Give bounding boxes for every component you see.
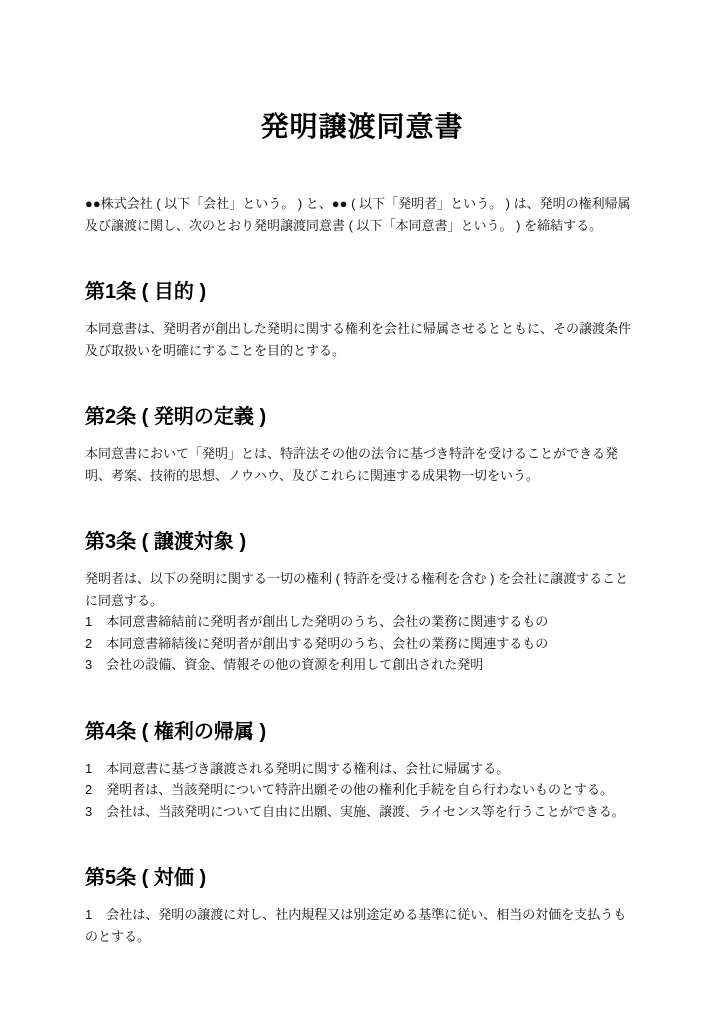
- article-5-heading: 第5条 ( 対価 ): [85, 866, 639, 890]
- article-1-heading: 第1条 ( 目的 ): [85, 280, 639, 304]
- article-4-heading: 第4条 ( 権利の帰属 ): [85, 720, 639, 744]
- item-number: 1: [85, 614, 92, 629]
- intro-paragraph: ●●株式会社 ( 以下「会社」という。 ) と、●● ( 以下「発明者」という。…: [85, 193, 639, 236]
- item-number: 3: [85, 804, 92, 819]
- item-text: 本同意書に基づき譲渡される発明に関する権利は、会社に帰属する。: [106, 761, 509, 776]
- document-page: 発明譲渡同意書 ●●株式会社 ( 以下「会社」という。 ) と、●● ( 以下「…: [0, 0, 724, 1024]
- article-3-heading: 第3条 ( 譲渡対象 ): [85, 530, 639, 554]
- item-text: 発明者は、当該発明について特許出願その他の権利化手続を自ら行わないものとする。: [106, 782, 613, 797]
- document-title: 発明譲渡同意書: [85, 110, 639, 143]
- item-number: 1: [85, 907, 92, 922]
- item-number: 2: [85, 636, 92, 651]
- article-1-body: 本同意書は、発明者が創出した発明に関する権利を会社に帰属させるとともに、その譲渡…: [85, 318, 639, 361]
- item-text: 本同意書締結前に発明者が創出した発明のうち、会社の業務に関連するもの: [106, 614, 548, 629]
- article-5-item-1: 1会社は、発明の譲渡に対し、社内規程又は別途定める基準に従い、相当の対価を支払う…: [85, 904, 639, 947]
- item-text: 会社は、当該発明について自由に出願、実施、譲渡、ライセンス等を行うことができる。: [106, 804, 625, 819]
- item-text: 会社の設備、資金、情報その他の資源を利用して創出された発明: [106, 657, 483, 672]
- article-4-item-2: 2発明者は、当該発明について特許出願その他の権利化手続を自ら行わないものとする。: [85, 779, 639, 801]
- item-number: 1: [85, 761, 92, 776]
- article-2-heading: 第2条 ( 発明の定義 ): [85, 405, 639, 429]
- item-text: 本同意書締結後に発明者が創出する発明のうち、会社の業務に関連するもの: [106, 636, 548, 651]
- article-4-item-3: 3会社は、当該発明について自由に出願、実施、譲渡、ライセンス等を行うことができる…: [85, 801, 639, 823]
- article-5: 第5条 ( 対価 ) 1会社は、発明の譲渡に対し、社内規程又は別途定める基準に従…: [85, 866, 639, 947]
- item-number: 3: [85, 657, 92, 672]
- article-3-body: 発明者は、以下の発明に関する一切の権利 ( 特許を受ける権利を含む ) を会社に…: [85, 568, 639, 611]
- article-3-item-2: 2本同意書締結後に発明者が創出する発明のうち、会社の業務に関連するもの: [85, 633, 639, 655]
- article-4: 第4条 ( 権利の帰属 ) 1本同意書に基づき譲渡される発明に関する権利は、会社…: [85, 720, 639, 823]
- article-3-item-3: 3会社の設備、資金、情報その他の資源を利用して創出された発明: [85, 654, 639, 676]
- article-3: 第3条 ( 譲渡対象 ) 発明者は、以下の発明に関する一切の権利 ( 特許を受け…: [85, 530, 639, 676]
- item-text: 会社は、発明の譲渡に対し、社内規程又は別途定める基準に従い、相当の対価を支払うも…: [85, 907, 626, 944]
- article-2: 第2条 ( 発明の定義 ) 本同意書において「発明」とは、特許法その他の法令に基…: [85, 405, 639, 486]
- article-4-item-1: 1本同意書に基づき譲渡される発明に関する権利は、会社に帰属する。: [85, 758, 639, 780]
- article-2-body: 本同意書において「発明」とは、特許法その他の法令に基づき特許を受けることができる…: [85, 443, 639, 486]
- article-1: 第1条 ( 目的 ) 本同意書は、発明者が創出した発明に関する権利を会社に帰属さ…: [85, 280, 639, 361]
- article-3-item-1: 1本同意書締結前に発明者が創出した発明のうち、会社の業務に関連するもの: [85, 611, 639, 633]
- item-number: 2: [85, 782, 92, 797]
